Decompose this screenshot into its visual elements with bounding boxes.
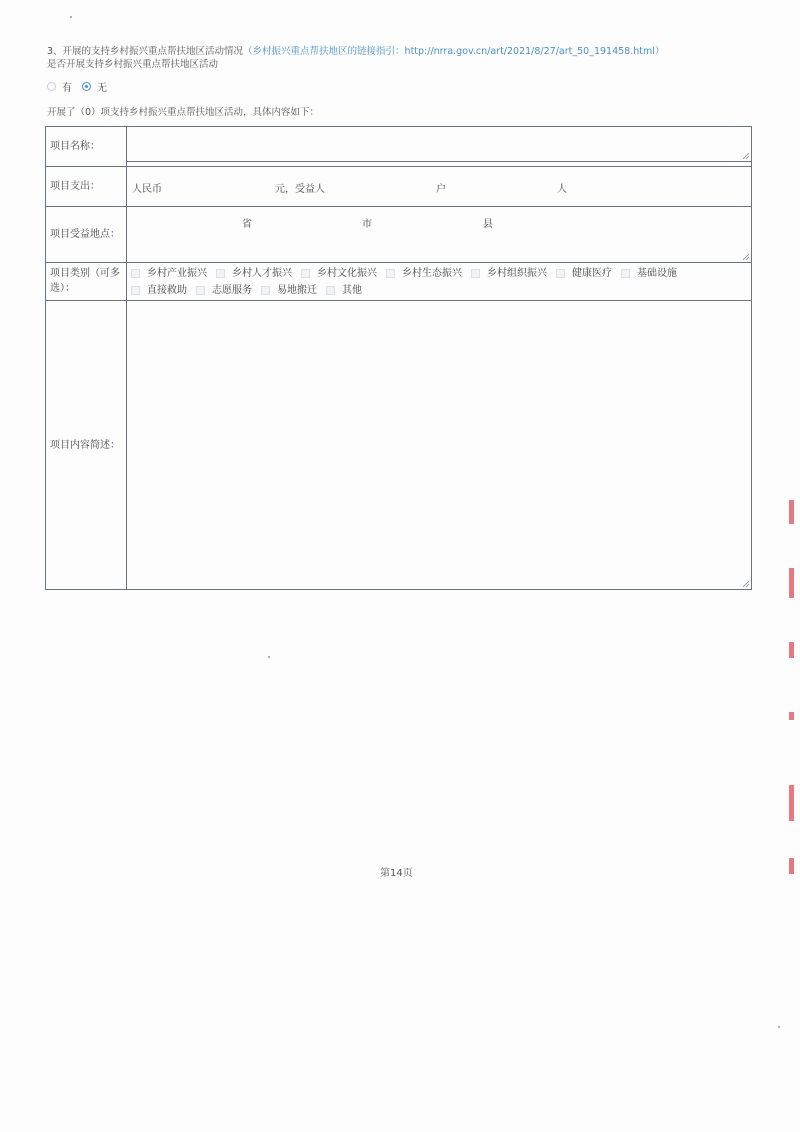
project-name-input[interactable] — [127, 129, 751, 162]
checkbox[interactable] — [261, 286, 270, 295]
seal-fragment — [789, 642, 794, 658]
radio-no[interactable] — [82, 82, 91, 91]
yuan-suffix: 元，受益人 — [275, 180, 325, 195]
checkbox[interactable] — [326, 286, 335, 295]
checkbox-label: 志愿服务 — [212, 283, 252, 298]
category-option[interactable]: 易地搬迁 — [261, 283, 317, 298]
category-option[interactable]: 其他 — [326, 283, 362, 298]
description-input[interactable] — [127, 301, 751, 589]
resize-handle-icon[interactable] — [743, 153, 749, 159]
checkbox-label: 乡村产业振兴 — [147, 266, 207, 281]
radio-yes[interactable] — [47, 82, 56, 91]
checkbox-label: 其他 — [342, 283, 362, 298]
seal-fragment — [789, 785, 794, 821]
category-option[interactable]: 直接救助 — [131, 283, 187, 298]
category-option[interactable]: 志愿服务 — [196, 283, 252, 298]
project-form-table: 项目名称： 项目支出： 人民币 元，受益人 户 人 项目受益地点： 省 市 县 — [45, 126, 752, 590]
checkbox[interactable] — [556, 269, 565, 278]
seal-fragment — [789, 568, 794, 598]
category-label: 项目类别（可多选）： — [46, 263, 127, 300]
category-option[interactable]: 乡村人才振兴 — [216, 266, 292, 281]
category-option[interactable]: 乡村文化振兴 — [301, 266, 377, 281]
location-field: 省 市 县 — [127, 207, 751, 262]
row-location: 项目受益地点： 省 市 县 — [46, 207, 751, 263]
checkbox-label: 易地搬迁 — [277, 283, 317, 298]
currency-prefix: 人民币 — [132, 180, 162, 195]
radio-no-label: 无 — [97, 79, 107, 94]
checkbox[interactable] — [386, 269, 395, 278]
checkbox[interactable] — [471, 269, 480, 278]
project-name-label: 项目名称： — [46, 127, 127, 166]
checkbox[interactable] — [131, 269, 140, 278]
activity-radio-group: 有 无 — [47, 79, 117, 94]
description-label: 项目内容简述： — [46, 301, 127, 589]
scan-speck — [268, 656, 270, 658]
checkbox[interactable] — [131, 286, 140, 295]
seal-fragment — [789, 500, 794, 524]
activity-question: 是否开展支持乡村振兴重点帮扶地区活动 — [47, 56, 218, 70]
county-suffix: 县 — [483, 215, 493, 230]
checkbox-label: 乡村人才振兴 — [232, 266, 292, 281]
scan-speck — [778, 1026, 780, 1028]
guide-link[interactable]: （乡村振兴重点帮扶地区的链接指引：http://nrra.gov.cn/art/… — [243, 46, 664, 57]
people-suffix: 人 — [557, 180, 567, 195]
province-suffix: 省 — [242, 215, 252, 230]
seal-fragment — [789, 858, 794, 874]
section-heading: 3、开展的支持乡村振兴重点帮扶地区活动情况（乡村振兴重点帮扶地区的链接指引：ht… — [47, 43, 664, 57]
checkbox[interactable] — [301, 269, 310, 278]
expense-field: 人民币 元，受益人 户 人 — [127, 167, 751, 206]
seal-fragment — [789, 712, 794, 720]
page-number: 第14页 — [380, 864, 413, 879]
amount-input[interactable] — [167, 180, 267, 194]
checkbox[interactable] — [216, 269, 225, 278]
city-suffix: 市 — [362, 215, 372, 230]
category-checkbox-group: 乡村产业振兴乡村人才振兴乡村文化振兴乡村生态振兴乡村组织振兴健康医疗基础设施直接… — [131, 266, 747, 300]
category-option[interactable]: 基础设施 — [621, 266, 677, 281]
row-category: 项目类别（可多选）： 乡村产业振兴乡村人才振兴乡村文化振兴乡村生态振兴乡村组织振… — [46, 263, 751, 301]
category-option[interactable]: 乡村生态振兴 — [386, 266, 462, 281]
checkbox[interactable] — [621, 269, 630, 278]
checkbox-label: 乡村文化振兴 — [317, 266, 377, 281]
checkbox-label: 直接救助 — [147, 283, 187, 298]
resize-handle-icon[interactable] — [743, 254, 749, 260]
category-field: 乡村产业振兴乡村人才振兴乡村文化振兴乡村生态振兴乡村组织振兴健康医疗基础设施直接… — [127, 263, 751, 300]
scan-speck — [70, 16, 72, 18]
category-option[interactable]: 健康医疗 — [556, 266, 612, 281]
location-detail-input[interactable] — [127, 233, 751, 262]
people-input[interactable] — [452, 180, 552, 194]
checkbox-label: 乡村生态振兴 — [402, 266, 462, 281]
category-option[interactable]: 乡村产业振兴 — [131, 266, 207, 281]
expense-label: 项目支出： — [46, 167, 127, 206]
category-option[interactable]: 乡村组织振兴 — [471, 266, 547, 281]
checkbox[interactable] — [196, 286, 205, 295]
households-input[interactable] — [332, 180, 432, 194]
row-expense: 项目支出： 人民币 元，受益人 户 人 — [46, 167, 751, 207]
resize-handle-icon[interactable] — [743, 581, 749, 587]
households-suffix: 户 — [436, 180, 446, 195]
row-project-name: 项目名称： — [46, 127, 751, 167]
checkbox-label: 健康医疗 — [572, 266, 612, 281]
checkbox-label: 乡村组织振兴 — [487, 266, 547, 281]
activity-summary: 开展了（0）项支持乡村振兴重点帮扶地区活动，具体内容如下： — [47, 104, 319, 118]
row-description: 项目内容简述： — [46, 301, 751, 589]
checkbox-label: 基础设施 — [637, 266, 677, 281]
radio-yes-label: 有 — [62, 79, 72, 94]
location-label: 项目受益地点： — [46, 207, 127, 262]
